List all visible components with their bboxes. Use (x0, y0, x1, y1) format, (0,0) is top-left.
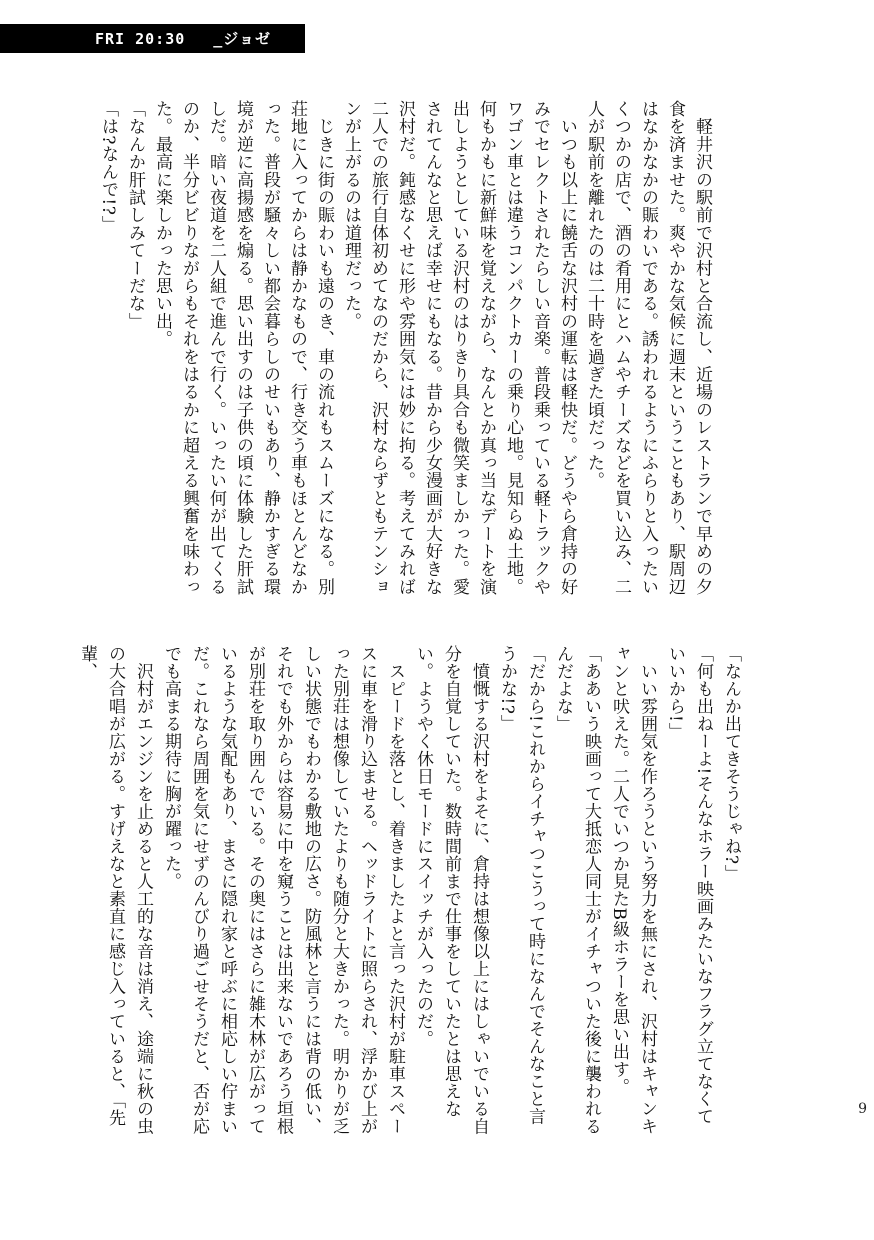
paragraph: 「ああいう映画って大抵恋人同士がイチャついた後に襲われるんだよな」 (549, 645, 605, 1137)
paragraph: 「何も出ねーよ!そんなホラー映画みたいなフラグ立てなくていいから!」 (661, 645, 717, 1137)
status-time: FRI 20:30 (95, 30, 185, 48)
paragraph: スピードを落とし、着きましたよと言った沢村が駐車スペースに車を滑り込ませる。ヘッ… (157, 645, 409, 1137)
paragraph: 軽井沢の駅前で沢村と合流し、近場のレストランで早めの夕食を済ませた。爽やかな気候… (580, 100, 715, 598)
page-number: 9 (858, 1101, 867, 1117)
paragraph: じきに街の賑わいも遠のき、車の流れもスムーズになる。別荘地に入ってからは静かなも… (148, 100, 337, 598)
upper-text-block: 軽井沢の駅前で沢村と合流し、近場のレストランで早めの夕食を済ませた。爽やかな気候… (94, 100, 715, 598)
paragraph: いい雰囲気を作ろうという努力を無にされ、沢村はキャンキャンと吠えた。二人でいつか… (605, 645, 661, 1137)
paragraph: 「なんか出てきそうじゃね?」 (717, 645, 745, 1137)
book-page: FRI 20:30 _ジョゼ 軽井沢の駅前で沢村と合流し、近場のレストランで早め… (0, 0, 874, 1240)
paragraph: 「なんか肝試しみてーだな」 (121, 100, 148, 598)
paragraph: 沢村がエンジンを止めると人工的な音は消え、途端に秋の虫の大合唱が広がる。すげえな… (73, 645, 157, 1137)
paragraph: 「だから!これからイチャつこうって時になんでそんなこと言うかな!?」 (493, 645, 549, 1137)
status-title: _ジョゼ (213, 28, 271, 49)
lower-text-block: 「なんか出てきそうじゃね?」「何も出ねーよ!そんなホラー映画みたいなフラグ立てな… (73, 645, 745, 1137)
status-bar: FRI 20:30 _ジョゼ (0, 24, 305, 53)
paragraph: 「は?なんで!?」 (94, 100, 121, 598)
paragraph: 憤慨する沢村をよそに、倉持は想像以上にはしゃいでいる自分を自覚していた。数時間前… (409, 645, 493, 1137)
paragraph: いつも以上に饒舌な沢村の運転は軽快だ。どうやら倉持の好みでセレクトされたらしい音… (337, 100, 580, 598)
